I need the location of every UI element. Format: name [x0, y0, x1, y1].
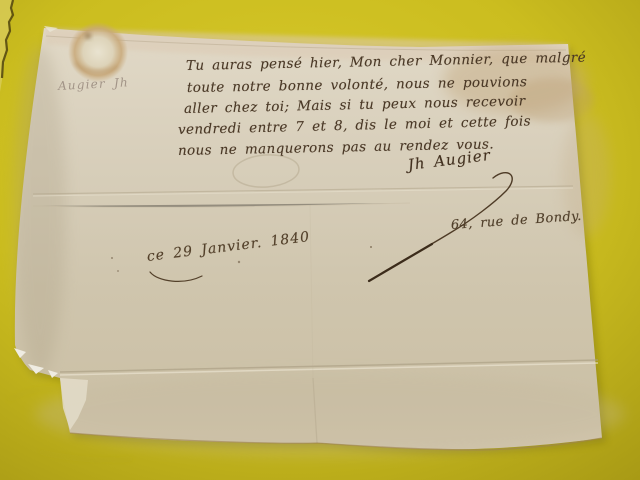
left-edge-shading [14, 45, 66, 375]
wax-seal-speck [85, 33, 91, 39]
ink-speck [238, 261, 240, 263]
ink-speck [370, 246, 372, 248]
letter-photo: Augier Jh Tu auras pensé hier, Mon cher … [0, 0, 640, 480]
pencil-annotation: Augier Jh [58, 76, 129, 92]
ink-speck [111, 257, 113, 259]
scene-artwork [0, 0, 640, 480]
ink-speck [117, 270, 119, 272]
